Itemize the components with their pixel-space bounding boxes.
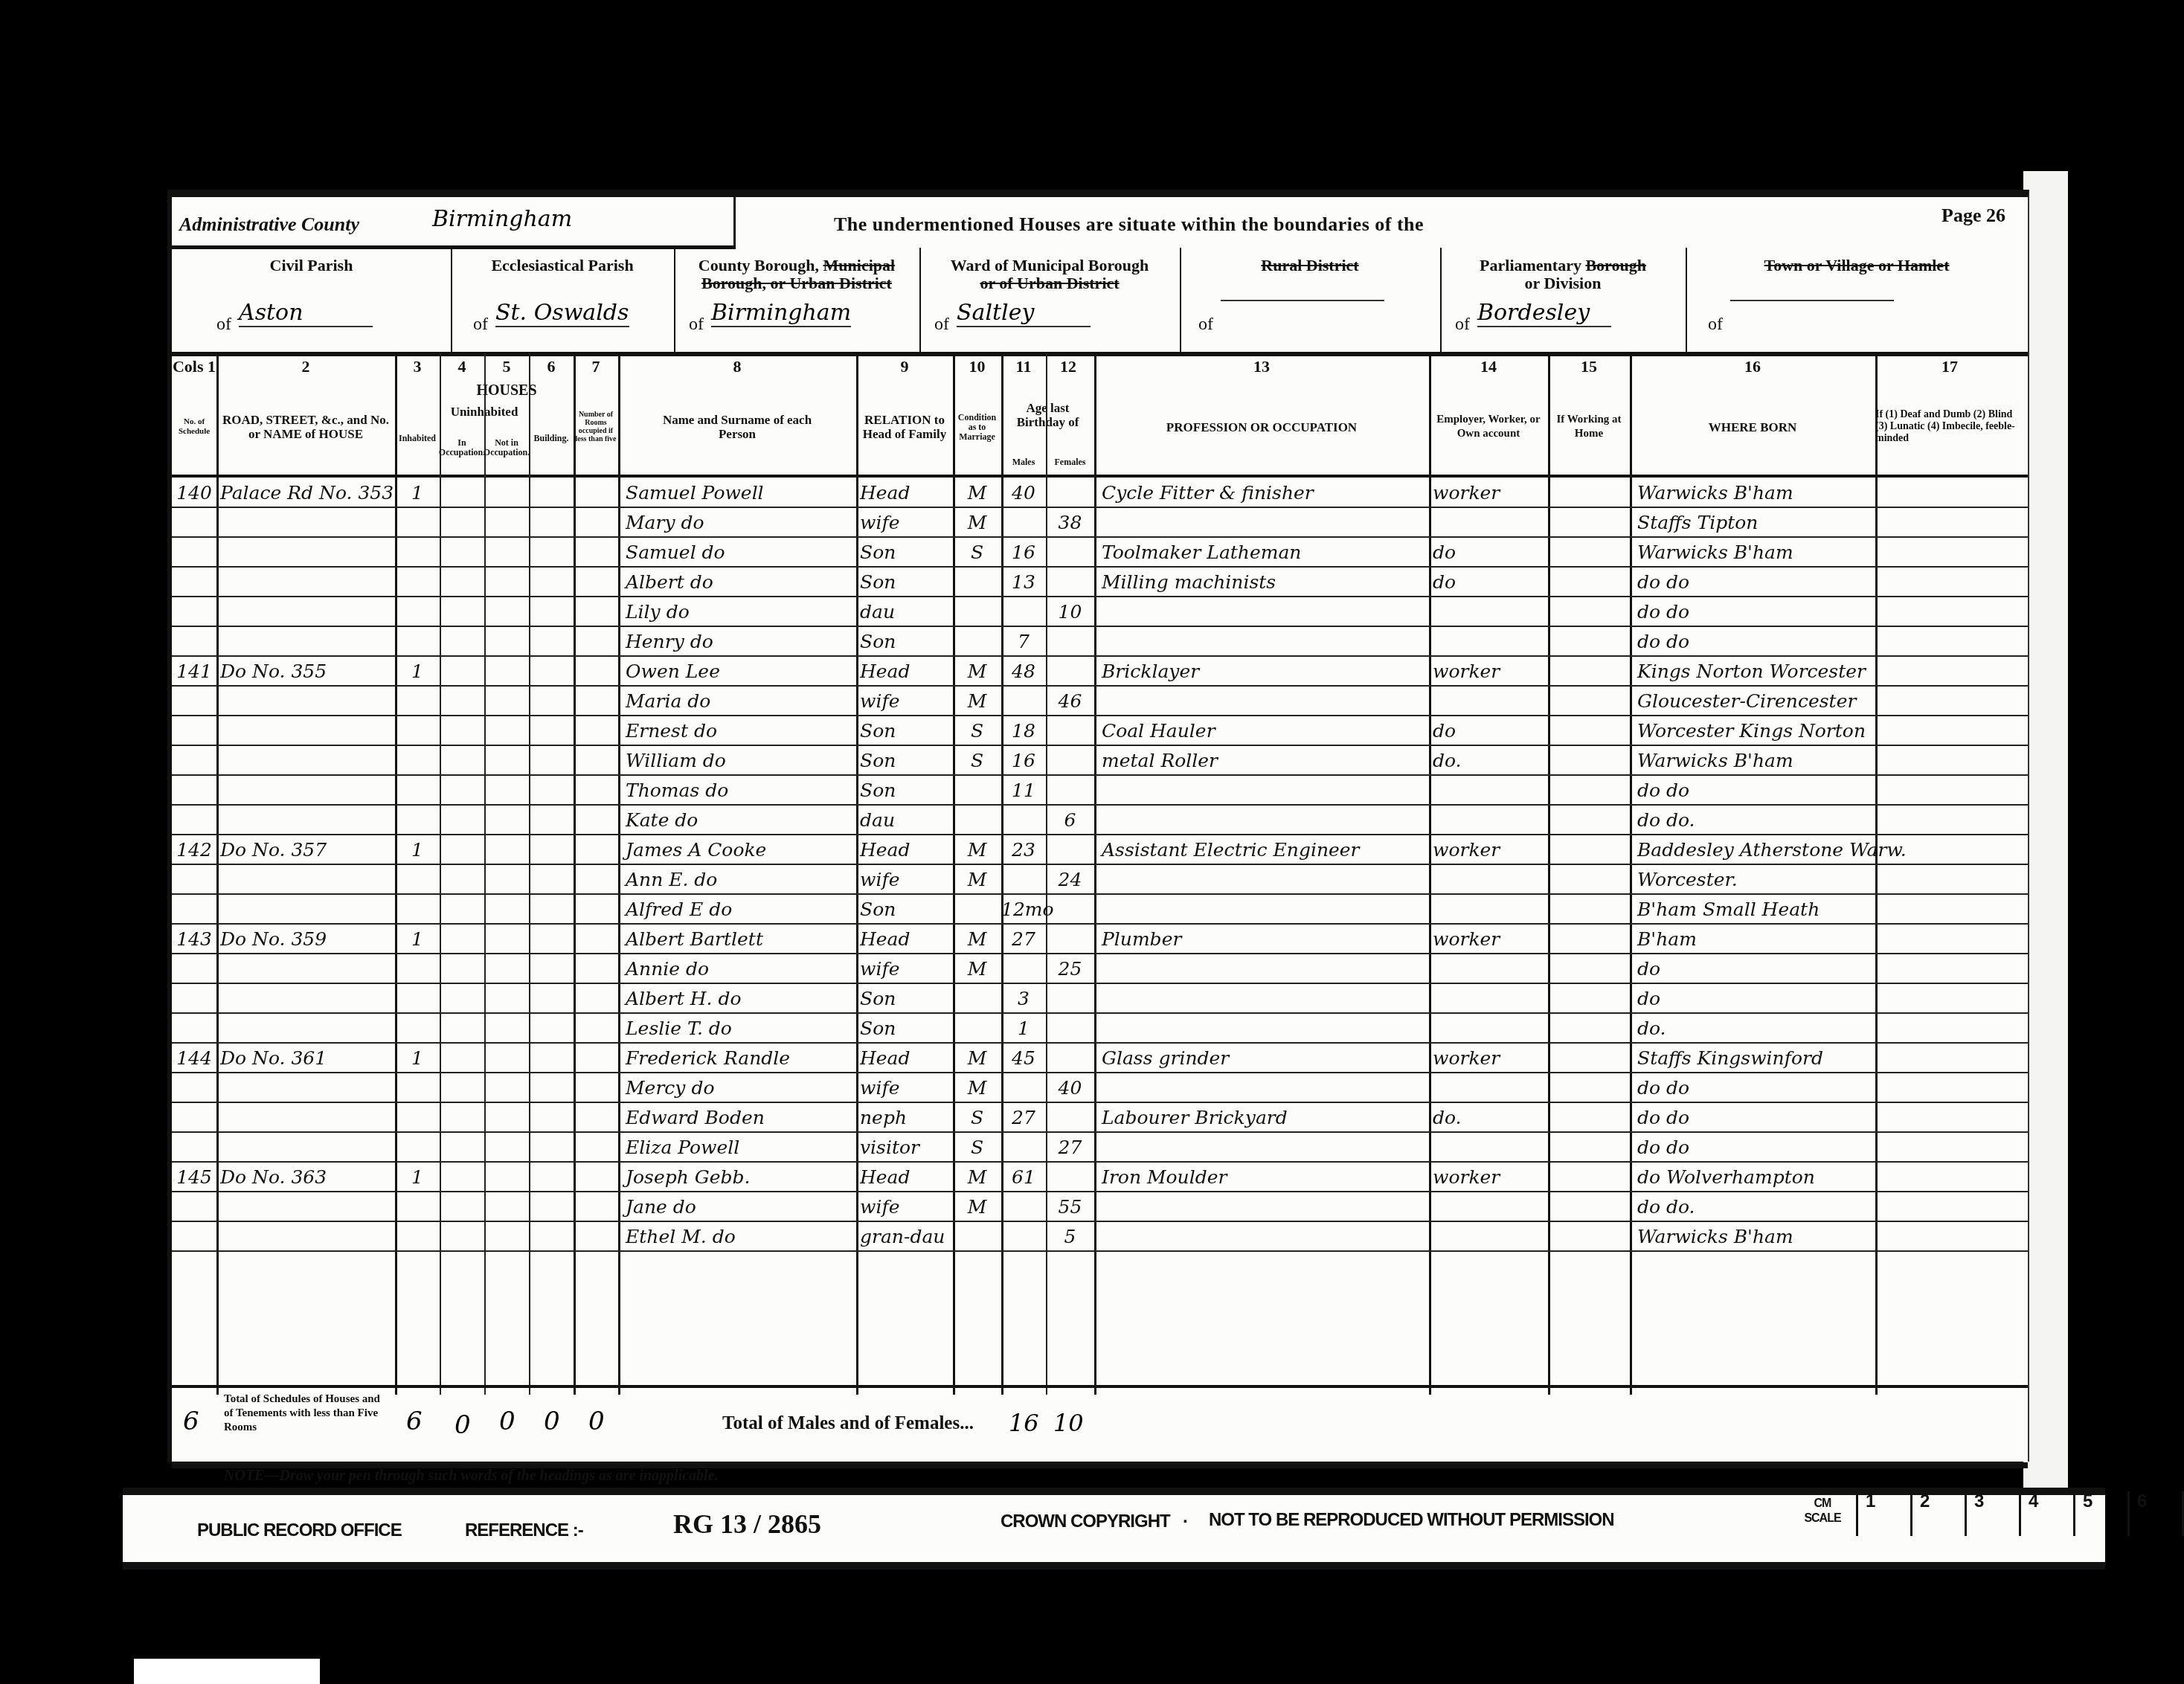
cell-female-age <box>1046 983 1094 1012</box>
cell-name: William do <box>626 745 856 774</box>
cell-schedule <box>172 537 216 566</box>
cell-male-age: 1 <box>1001 1013 1046 1042</box>
table-row: 140Palace Rd No. 3531Samuel PowellHeadM4… <box>172 478 2028 508</box>
cell-relation: Son <box>860 626 953 655</box>
of-label: of <box>1198 315 1213 335</box>
cm-scale: 1 2 3 4 5 6 <box>1856 1491 2184 1536</box>
cell-male-age: 48 <box>1001 656 1046 685</box>
cell-male-age <box>1001 954 1046 983</box>
cell-female-age <box>1046 775 1094 804</box>
cell-employer: worker <box>1433 924 1548 953</box>
cell-infirmity <box>1875 1162 2024 1191</box>
cell-male-age <box>1001 805 1046 834</box>
cell-condition <box>953 1013 1001 1042</box>
cell-rooms <box>574 507 618 536</box>
cell-occupation <box>1102 1221 1429 1250</box>
cell-inhabited <box>395 864 440 893</box>
cell-inhabited <box>395 1073 440 1102</box>
cell-where-born: Warwicks B'ham <box>1637 1221 1875 1250</box>
table-row: Ernest doSonS18Coal HaulerdoWorcester Ki… <box>172 716 2028 746</box>
cell-where-born: do do <box>1637 597 1875 626</box>
cell-rooms <box>574 835 618 864</box>
cell-female-age: 27 <box>1046 1132 1094 1161</box>
cell-infirmity <box>1875 1192 2024 1221</box>
table-row: Albert H. doSon3do <box>172 983 2028 1014</box>
cell-infirmity <box>1875 478 2024 507</box>
cell-female-age <box>1046 894 1094 923</box>
table-row: William doSonS16metal Rollerdo.Warwicks … <box>172 745 2028 776</box>
cell-relation: Son <box>860 567 953 596</box>
cell-condition: M <box>953 1043 1001 1072</box>
cell-name: Ann E. do <box>626 864 856 893</box>
county-borough-label: County Borough, MunicipalBorough, or Urb… <box>674 257 919 292</box>
cell-condition <box>953 1221 1001 1250</box>
cell-schedule <box>172 1132 216 1161</box>
cell-where-born: do do <box>1637 626 1875 655</box>
totals-row: 6 Total of Schedules of Houses and of Te… <box>172 1385 2028 1468</box>
cell-address <box>220 567 395 596</box>
cell-inhabited <box>395 537 440 566</box>
cell-occupation <box>1102 954 1429 983</box>
cell-inhabited <box>395 1013 440 1042</box>
cell-female-age <box>1046 745 1094 774</box>
census-page: Administrative County Birmingham The und… <box>167 190 2029 1462</box>
cell-schedule: 141 <box>172 656 216 685</box>
total-in-occupation: 0 <box>455 1410 471 1440</box>
cell-female-age <box>1046 478 1094 507</box>
undermentioned-text: The undermentioned Houses are situate wi… <box>834 213 1424 236</box>
cell-relation: Head <box>860 1162 953 1191</box>
cell-address <box>220 1221 395 1250</box>
scale-mark: 3 <box>1965 1491 2019 1536</box>
cell-infirmity <box>1875 835 2024 864</box>
cell-address: Do No. 361 <box>220 1043 395 1072</box>
header-name: Name and Surname of each Person <box>618 379 856 475</box>
cell-where-born: Warwicks B'ham <box>1637 478 1875 507</box>
cell-employer <box>1433 894 1548 923</box>
cell-rooms <box>574 954 618 983</box>
cell-female-age: 5 <box>1046 1221 1094 1250</box>
cell-infirmity <box>1875 1132 2024 1161</box>
cell-name: Albert Bartlett <box>626 924 856 953</box>
archive-office: PUBLIC RECORD OFFICE <box>197 1520 402 1541</box>
cell-relation: Head <box>860 478 953 507</box>
cell-male-age <box>1001 1073 1046 1102</box>
cell-female-age <box>1046 1043 1094 1072</box>
cell-female-age <box>1046 716 1094 745</box>
header-in-occupation: In Occupation. <box>440 421 484 475</box>
cell-relation: wife <box>860 1073 953 1102</box>
total-inhabited: 6 <box>406 1407 423 1436</box>
ward: Ward of Municipal Boroughor of Urban Dis… <box>919 248 1181 353</box>
cell-where-born: do do <box>1637 1073 1875 1102</box>
cell-address <box>220 745 395 774</box>
total-males: 16 <box>1009 1409 1039 1437</box>
cell-address <box>220 626 395 655</box>
cell-name: Edward Boden <box>626 1102 856 1131</box>
totals-label: Total of Schedules of Houses and of Tene… <box>224 1392 388 1435</box>
cell-where-born: Warwicks B'ham <box>1637 745 1875 774</box>
cell-occupation: Plumber <box>1102 924 1429 953</box>
header-where-born: WHERE BORN <box>1630 379 1875 475</box>
admin-county-box: Administrative County Birmingham <box>172 197 736 249</box>
cell-condition: S <box>953 537 1001 566</box>
cell-where-born: do do <box>1637 775 1875 804</box>
table-row: 141Do No. 3551Owen LeeHeadM48Bricklayerw… <box>172 656 2028 687</box>
cell-condition <box>953 894 1001 923</box>
cell-male-age: 40 <box>1001 478 1046 507</box>
cell-name: Mary do <box>626 507 856 536</box>
cell-female-age: 25 <box>1046 954 1094 983</box>
cell-rooms <box>574 478 618 507</box>
image-tag <box>134 1659 320 1684</box>
scale-mark: 6 <box>2127 1491 2182 1536</box>
cell-address <box>220 954 395 983</box>
table-row: Maria dowifeM46Gloucester-Cirencester <box>172 686 2028 716</box>
table-row: 142Do No. 3571James A CookeHeadM23Assist… <box>172 835 2028 865</box>
civil-parish-value: Aston <box>239 300 373 327</box>
ward-value: Saltley <box>957 300 1091 327</box>
cell-where-born: Staffs Kingswinford <box>1637 1043 1875 1072</box>
page-edge <box>2023 171 2068 1510</box>
header-age: Age last Birthday of <box>1001 379 1094 450</box>
table-row: 143Do No. 3591Albert BartlettHeadM27Plum… <box>172 924 2028 954</box>
cell-name: Albert H. do <box>626 983 856 1012</box>
cell-male-age: 12mo <box>1001 894 1046 923</box>
cell-name: Thomas do <box>626 775 856 804</box>
header-building: Building. <box>529 402 574 475</box>
cell-address <box>220 864 395 893</box>
cell-male-age <box>1001 864 1046 893</box>
cell-rooms <box>574 1073 618 1102</box>
cell-female-age <box>1046 1102 1094 1131</box>
cell-inhabited <box>395 1192 440 1221</box>
cell-schedule <box>172 597 216 626</box>
cell-condition <box>953 626 1001 655</box>
cell-infirmity <box>1875 507 2024 536</box>
cell-occupation: metal Roller <box>1102 745 1429 774</box>
cell-inhabited <box>395 626 440 655</box>
cell-where-born: Worcester. <box>1637 864 1875 893</box>
cell-occupation: Labourer Brickyard <box>1102 1102 1429 1131</box>
cell-employer: worker <box>1433 1043 1548 1072</box>
page-number: Page 26 <box>1941 205 2005 227</box>
cell-address: Palace Rd No. 353 <box>220 478 395 507</box>
of-label: of <box>1708 315 1723 335</box>
cell-rooms <box>574 983 618 1012</box>
header-occupation: PROFESSION OR OCCUPATION <box>1094 379 1429 475</box>
cell-inhabited <box>395 745 440 774</box>
table-row: Mercy dowifeM40do do <box>172 1073 2028 1103</box>
cell-schedule <box>172 1102 216 1131</box>
cell-infirmity <box>1875 1043 2024 1072</box>
cell-where-born: Staffs Tipton <box>1637 507 1875 536</box>
cell-schedule <box>172 716 216 745</box>
cell-infirmity <box>1875 537 2024 566</box>
cell-occupation <box>1102 1013 1429 1042</box>
cell-condition: M <box>953 864 1001 893</box>
cell-condition: M <box>953 924 1001 953</box>
cell-employer: worker <box>1433 656 1548 685</box>
cell-relation: gran-dau <box>860 1221 953 1250</box>
header-inhabited: Inhabited <box>395 402 440 475</box>
table-row: Albert doSon13Milling machinistsdodo do <box>172 567 2028 597</box>
reference-label: REFERENCE :- <box>465 1520 583 1541</box>
rural-district-value <box>1221 300 1384 301</box>
cell-rooms <box>574 864 618 893</box>
civil-parish-label: Civil Parish <box>172 257 451 274</box>
table-row: Edward BodennephS27Labourer Brickyarddo.… <box>172 1102 2028 1133</box>
cell-infirmity <box>1875 894 2024 923</box>
cell-schedule <box>172 686 216 715</box>
cell-infirmity <box>1875 1013 2024 1042</box>
town-value <box>1730 300 1894 301</box>
cell-schedule <box>172 805 216 834</box>
cell-inhabited: 1 <box>395 835 440 864</box>
header-road: ROAD, STREET, &c., and No. or NAME of HO… <box>216 379 395 475</box>
cell-name: Leslie T. do <box>626 1013 856 1042</box>
cell-relation: Head <box>860 656 953 685</box>
cell-where-born: B'ham Small Heath <box>1637 894 1875 923</box>
cell-condition: S <box>953 716 1001 745</box>
scale-mark: 5 <box>2073 1491 2127 1536</box>
cell-female-age <box>1046 924 1094 953</box>
cell-rooms <box>574 537 618 566</box>
cell-female-age: 24 <box>1046 864 1094 893</box>
cell-address: Do No. 363 <box>220 1162 395 1191</box>
cell-schedule: 142 <box>172 835 216 864</box>
admin-county-label: Administrative County <box>179 213 359 236</box>
cell-inhabited: 1 <box>395 1043 440 1072</box>
parliamentary-value: Bordesley <box>1477 300 1611 327</box>
cell-female-age: 10 <box>1046 597 1094 626</box>
crown-copyright: CROWN COPYRIGHT <box>1001 1511 1170 1532</box>
cell-relation: Son <box>860 1013 953 1042</box>
cell-relation: Head <box>860 1043 953 1072</box>
cell-infirmity <box>1875 1221 2024 1250</box>
table-row: Mary dowifeM38Staffs Tipton <box>172 507 2028 538</box>
cell-rooms <box>574 716 618 745</box>
cell-employer <box>1433 983 1548 1012</box>
cell-male-age: 7 <box>1001 626 1046 655</box>
header-working-home: If Working at Home <box>1548 379 1630 475</box>
cell-occupation <box>1102 1073 1429 1102</box>
cell-relation: wife <box>860 507 953 536</box>
cell-female-age <box>1046 656 1094 685</box>
cell-relation: Son <box>860 716 953 745</box>
cell-occupation <box>1102 1192 1429 1221</box>
cell-condition: M <box>953 954 1001 983</box>
parliamentary-division: Parliamentary Boroughor Division of Bord… <box>1440 248 1687 353</box>
cell-occupation <box>1102 894 1429 923</box>
cell-female-age: 38 <box>1046 507 1094 536</box>
cell-condition <box>953 567 1001 596</box>
rural-district: Rural District of <box>1180 248 1442 353</box>
cell-rooms <box>574 1102 618 1131</box>
rural-district-label: Rural District <box>1180 257 1440 274</box>
cell-rooms <box>574 1013 618 1042</box>
of-label: of <box>934 315 949 335</box>
cell-inhabited <box>395 686 440 715</box>
table-row: Lily dodau10do do <box>172 597 2028 627</box>
cell-employer: do <box>1433 537 1548 566</box>
parliamentary-label: Parliamentary Boroughor Division <box>1440 257 1686 292</box>
total-building: 0 <box>544 1407 560 1436</box>
cell-rooms <box>574 1192 618 1221</box>
cell-inhabited <box>395 567 440 596</box>
cell-name: Annie do <box>626 954 856 983</box>
header-infirmity: If (1) Deaf and Dumb (2) Blind (3) Lunat… <box>1875 379 2024 475</box>
cell-infirmity <box>1875 775 2024 804</box>
cell-address: Do No. 357 <box>220 835 395 864</box>
cell-where-born: Baddesley Atherstone Warw. <box>1637 835 1875 864</box>
county-borough-value: Birmingham <box>711 300 851 327</box>
cell-female-age <box>1046 537 1094 566</box>
cell-address <box>220 1192 395 1221</box>
cell-rooms <box>574 775 618 804</box>
cell-rooms <box>574 1043 618 1072</box>
cell-address <box>220 983 395 1012</box>
cell-address <box>220 1013 395 1042</box>
cell-infirmity <box>1875 1073 2024 1102</box>
cell-occupation: Iron Moulder <box>1102 1162 1429 1191</box>
county-borough: County Borough, MunicipalBorough, or Urb… <box>674 248 921 353</box>
cell-female-age <box>1046 1013 1094 1042</box>
cell-employer <box>1433 775 1548 804</box>
cell-relation: wife <box>860 954 953 983</box>
cell-inhabited <box>395 894 440 923</box>
cell-where-born: do do <box>1637 1132 1875 1161</box>
cell-schedule <box>172 507 216 536</box>
cell-occupation: Bricklayer <box>1102 656 1429 685</box>
note-text: NOTE—Draw your pen through such words of… <box>224 1468 719 1485</box>
cell-name: Maria do <box>626 686 856 715</box>
table-row: Eliza PowellvisitorS27do do <box>172 1132 2028 1163</box>
cell-employer <box>1433 864 1548 893</box>
cell-condition <box>953 983 1001 1012</box>
cell-schedule <box>172 1073 216 1102</box>
table-row: Annie dowifeM25do <box>172 954 2028 984</box>
cell-relation: Son <box>860 537 953 566</box>
cell-employer <box>1433 1132 1548 1161</box>
cell-male-age: 11 <box>1001 775 1046 804</box>
cell-where-born: do. <box>1637 1013 1875 1042</box>
cell-name: Kate do <box>626 805 856 834</box>
cell-male-age: 27 <box>1001 924 1046 953</box>
divider <box>172 352 2028 356</box>
cell-male-age <box>1001 1192 1046 1221</box>
table-row: Thomas doSon11do do <box>172 775 2028 806</box>
cell-infirmity <box>1875 597 2024 626</box>
cell-address <box>220 597 395 626</box>
cell-condition: S <box>953 745 1001 774</box>
cell-infirmity <box>1875 924 2024 953</box>
cell-occupation: Cycle Fitter & finisher <box>1102 478 1429 507</box>
cell-employer <box>1433 1221 1548 1250</box>
table-row: Jane dowifeM55do do. <box>172 1192 2028 1222</box>
cell-occupation <box>1102 775 1429 804</box>
town-village: Town or Village or Hamlet of <box>1686 248 2028 353</box>
cell-inhabited <box>395 507 440 536</box>
cell-employer <box>1433 805 1548 834</box>
cell-infirmity <box>1875 864 2024 893</box>
cell-relation: wife <box>860 864 953 893</box>
of-label: of <box>1455 315 1470 335</box>
cell-name: Eliza Powell <box>626 1132 856 1161</box>
cell-condition <box>953 805 1001 834</box>
cell-relation: wife <box>860 686 953 715</box>
cell-infirmity <box>1875 805 2024 834</box>
cell-schedule <box>172 775 216 804</box>
cell-occupation <box>1102 1132 1429 1161</box>
cell-inhabited: 1 <box>395 1162 440 1191</box>
cell-occupation <box>1102 507 1429 536</box>
cell-relation: Son <box>860 983 953 1012</box>
admin-county-value: Birmingham <box>432 206 572 232</box>
cell-male-age <box>1001 507 1046 536</box>
cell-occupation <box>1102 597 1429 626</box>
cell-infirmity <box>1875 716 2024 745</box>
cell-where-born: do do <box>1637 1102 1875 1131</box>
cell-inhabited <box>395 775 440 804</box>
cell-rooms <box>574 924 618 953</box>
cell-where-born: do Wolverhampton <box>1637 1162 1875 1191</box>
header-rooms: Number of Rooms occupied if less than fi… <box>574 379 618 475</box>
cell-occupation: Toolmaker Latheman <box>1102 537 1429 566</box>
cell-male-age <box>1001 1132 1046 1161</box>
cell-male-age: 23 <box>1001 835 1046 864</box>
cell-infirmity <box>1875 1102 2024 1131</box>
cell-rooms <box>574 805 618 834</box>
cell-female-age <box>1046 1162 1094 1191</box>
cell-rooms <box>574 597 618 626</box>
total-females: 10 <box>1053 1409 1084 1437</box>
cell-where-born: Gloucester-Cirencester <box>1637 686 1875 715</box>
header-males: Males <box>1001 450 1046 475</box>
cell-inhabited <box>395 1102 440 1131</box>
cell-employer <box>1433 507 1548 536</box>
cell-occupation <box>1102 686 1429 715</box>
cell-address <box>220 537 395 566</box>
scale-mark: 4 <box>2019 1491 2073 1536</box>
cell-male-age <box>1001 597 1046 626</box>
header-females: Females <box>1046 450 1094 475</box>
cell-employer: worker <box>1433 1162 1548 1191</box>
table-row: 144Do No. 3611Frederick RandleHeadM45Gla… <box>172 1043 2028 1073</box>
cell-male-age: 13 <box>1001 567 1046 596</box>
cell-address <box>220 1102 395 1131</box>
cell-condition: M <box>953 835 1001 864</box>
cell-where-born: do do <box>1637 567 1875 596</box>
cell-infirmity <box>1875 567 2024 596</box>
archive-footer: PUBLIC RECORD OFFICE REFERENCE :- RG 13 … <box>123 1488 2105 1569</box>
cell-rooms <box>574 1221 618 1250</box>
cell-employer: do. <box>1433 745 1548 774</box>
of-label: of <box>689 315 704 335</box>
cell-rooms <box>574 1162 618 1191</box>
header-schedule: No. of Schedule <box>172 379 216 475</box>
cell-name: Jane do <box>626 1192 856 1221</box>
cell-relation: Head <box>860 835 953 864</box>
header-condition: Condition as to Marriage <box>953 379 1001 475</box>
cell-relation: visitor <box>860 1132 953 1161</box>
table-row: Ethel M. dogran-dau5Warwicks B'ham <box>172 1221 2028 1252</box>
cell-name: Lily do <box>626 597 856 626</box>
cell-address <box>220 1073 395 1102</box>
cell-condition: M <box>953 1162 1001 1191</box>
cell-infirmity <box>1875 656 2024 685</box>
header-employer: Employer, Worker, or Own account <box>1429 379 1548 475</box>
